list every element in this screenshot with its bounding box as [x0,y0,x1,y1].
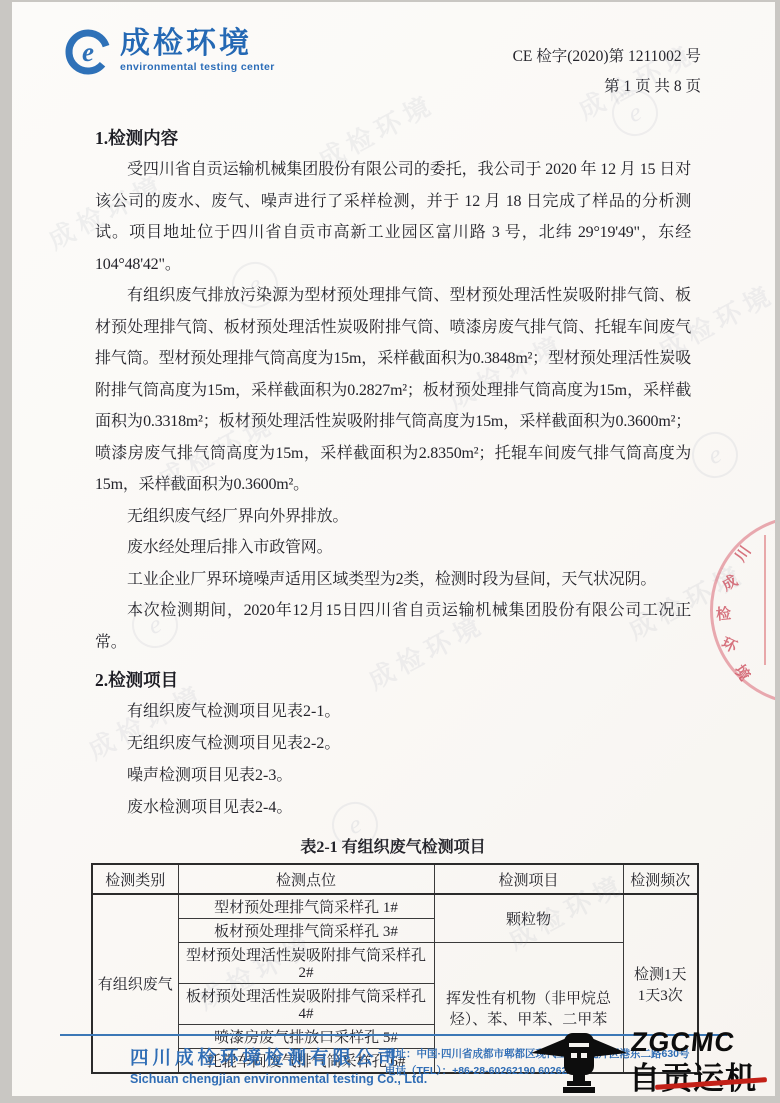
red-seal-edge [764,535,766,665]
col-header-category: 检测类别 [92,864,178,894]
footer-company: 四川成检环境检测有限公司 Sichuan chengjian environme… [130,1044,427,1086]
col-header-point: 检测点位 [178,864,434,894]
zgcmc-watermark: ZGCMC 自贡运机 [535,1031,775,1095]
table-header-row: 检测类别 检测点位 检测项目 检测频次 [92,864,698,894]
company-logo: e 成检环境 environmental testing center [64,28,275,76]
paragraph: 本次检测期间，2020年12月15日四川省自贡运输机械集团股份有限公司工况正常。 [95,595,691,658]
paragraph: 工业企业厂界环境噪声适用区域类型为2类，检测时段为昼间，天气状况阴。 [95,564,691,596]
section1-title: 1.检测内容 [95,126,691,150]
paragraph: 无组织废气检测项目见表2-2。 [95,728,691,760]
page-number: 第 1 页 共 8 页 [513,72,701,102]
zgcmc-machine-icon [531,1031,631,1095]
red-seal-char: 检 [715,602,732,624]
paragraph: 有组织废气检测项目见表2-1。 [95,696,691,728]
zgcmc-cn-text: 自贡运机 [629,1053,757,1096]
paragraph: 噪声检测项目见表2-3。 [95,760,691,792]
frequency-line: 检测1天 [627,963,695,984]
paragraph: 废水检测项目见表2-4。 [95,792,691,824]
paragraph: 无组织废气经厂界向外界排放。 [95,501,691,533]
report-header: e 成检环境 environmental testing center CE 检… [12,2,775,102]
cell-point: 板材预处理排气筒采样孔 3# [178,919,434,943]
logo-text: 成检环境 environmental testing center [120,28,275,73]
watermark-e-ring-icon: e [686,426,745,485]
report-number: CE 检字(2020)第 1211002 号 [513,42,701,72]
cell-point: 板材预处理活性炭吸附排气筒采样孔 4# [178,984,434,1025]
col-header-frequency: 检测频次 [623,864,698,894]
logo-e-icon: e [64,28,112,76]
paragraph: 废水经处理后排入市政管网。 [95,532,691,564]
footer-company-en: Sichuan chengjian environmental testing … [130,1072,427,1086]
footer-company-cn: 四川成检环境检测有限公司 [130,1044,427,1070]
paragraph: 有组织废气排放污染源为型材预处理排气筒、型材预处理活性炭吸附排气筒、板材预处理排… [95,280,691,501]
table-row: 型材预处理活性炭吸附排气筒采样孔 2# 挥发性有机物（非甲烷总烃）、苯、甲苯、二… [92,943,698,984]
cell-point: 型材预处理活性炭吸附排气筒采样孔 2# [178,943,434,984]
cell-point: 型材预处理排气筒采样孔 1# [178,894,434,919]
report-meta: CE 检字(2020)第 1211002 号 第 1 页 共 8 页 [513,28,701,102]
paragraph: 受四川省自贡运输机械集团股份有限公司的委托，我公司于 2020 年 12 月 1… [95,154,691,280]
col-header-item: 检测项目 [434,864,623,894]
document-body: 1.检测内容 受四川省自贡运输机械集团股份有限公司的委托，我公司于 2020 年… [95,126,691,1074]
cell-item-particulate: 颗粒物 [434,894,623,943]
logo-title: 成检环境 [120,28,275,60]
section2-title: 2.检测项目 [95,668,691,692]
logo-subtitle: environmental testing center [120,61,275,73]
svg-text:e: e [82,37,94,67]
table-title: 表2-1 有组织废气检测项目 [95,834,691,857]
scanned-report-page: 成检环境 成检环境 成检环境 成检环境 成检环境 成检环境 成检环境 成检环境 … [12,2,775,1096]
table-row: 有组织废气 型材预处理排气筒采样孔 1# 颗粒物 检测1天 1天3次 [92,894,698,919]
frequency-line: 1天3次 [627,984,695,1005]
